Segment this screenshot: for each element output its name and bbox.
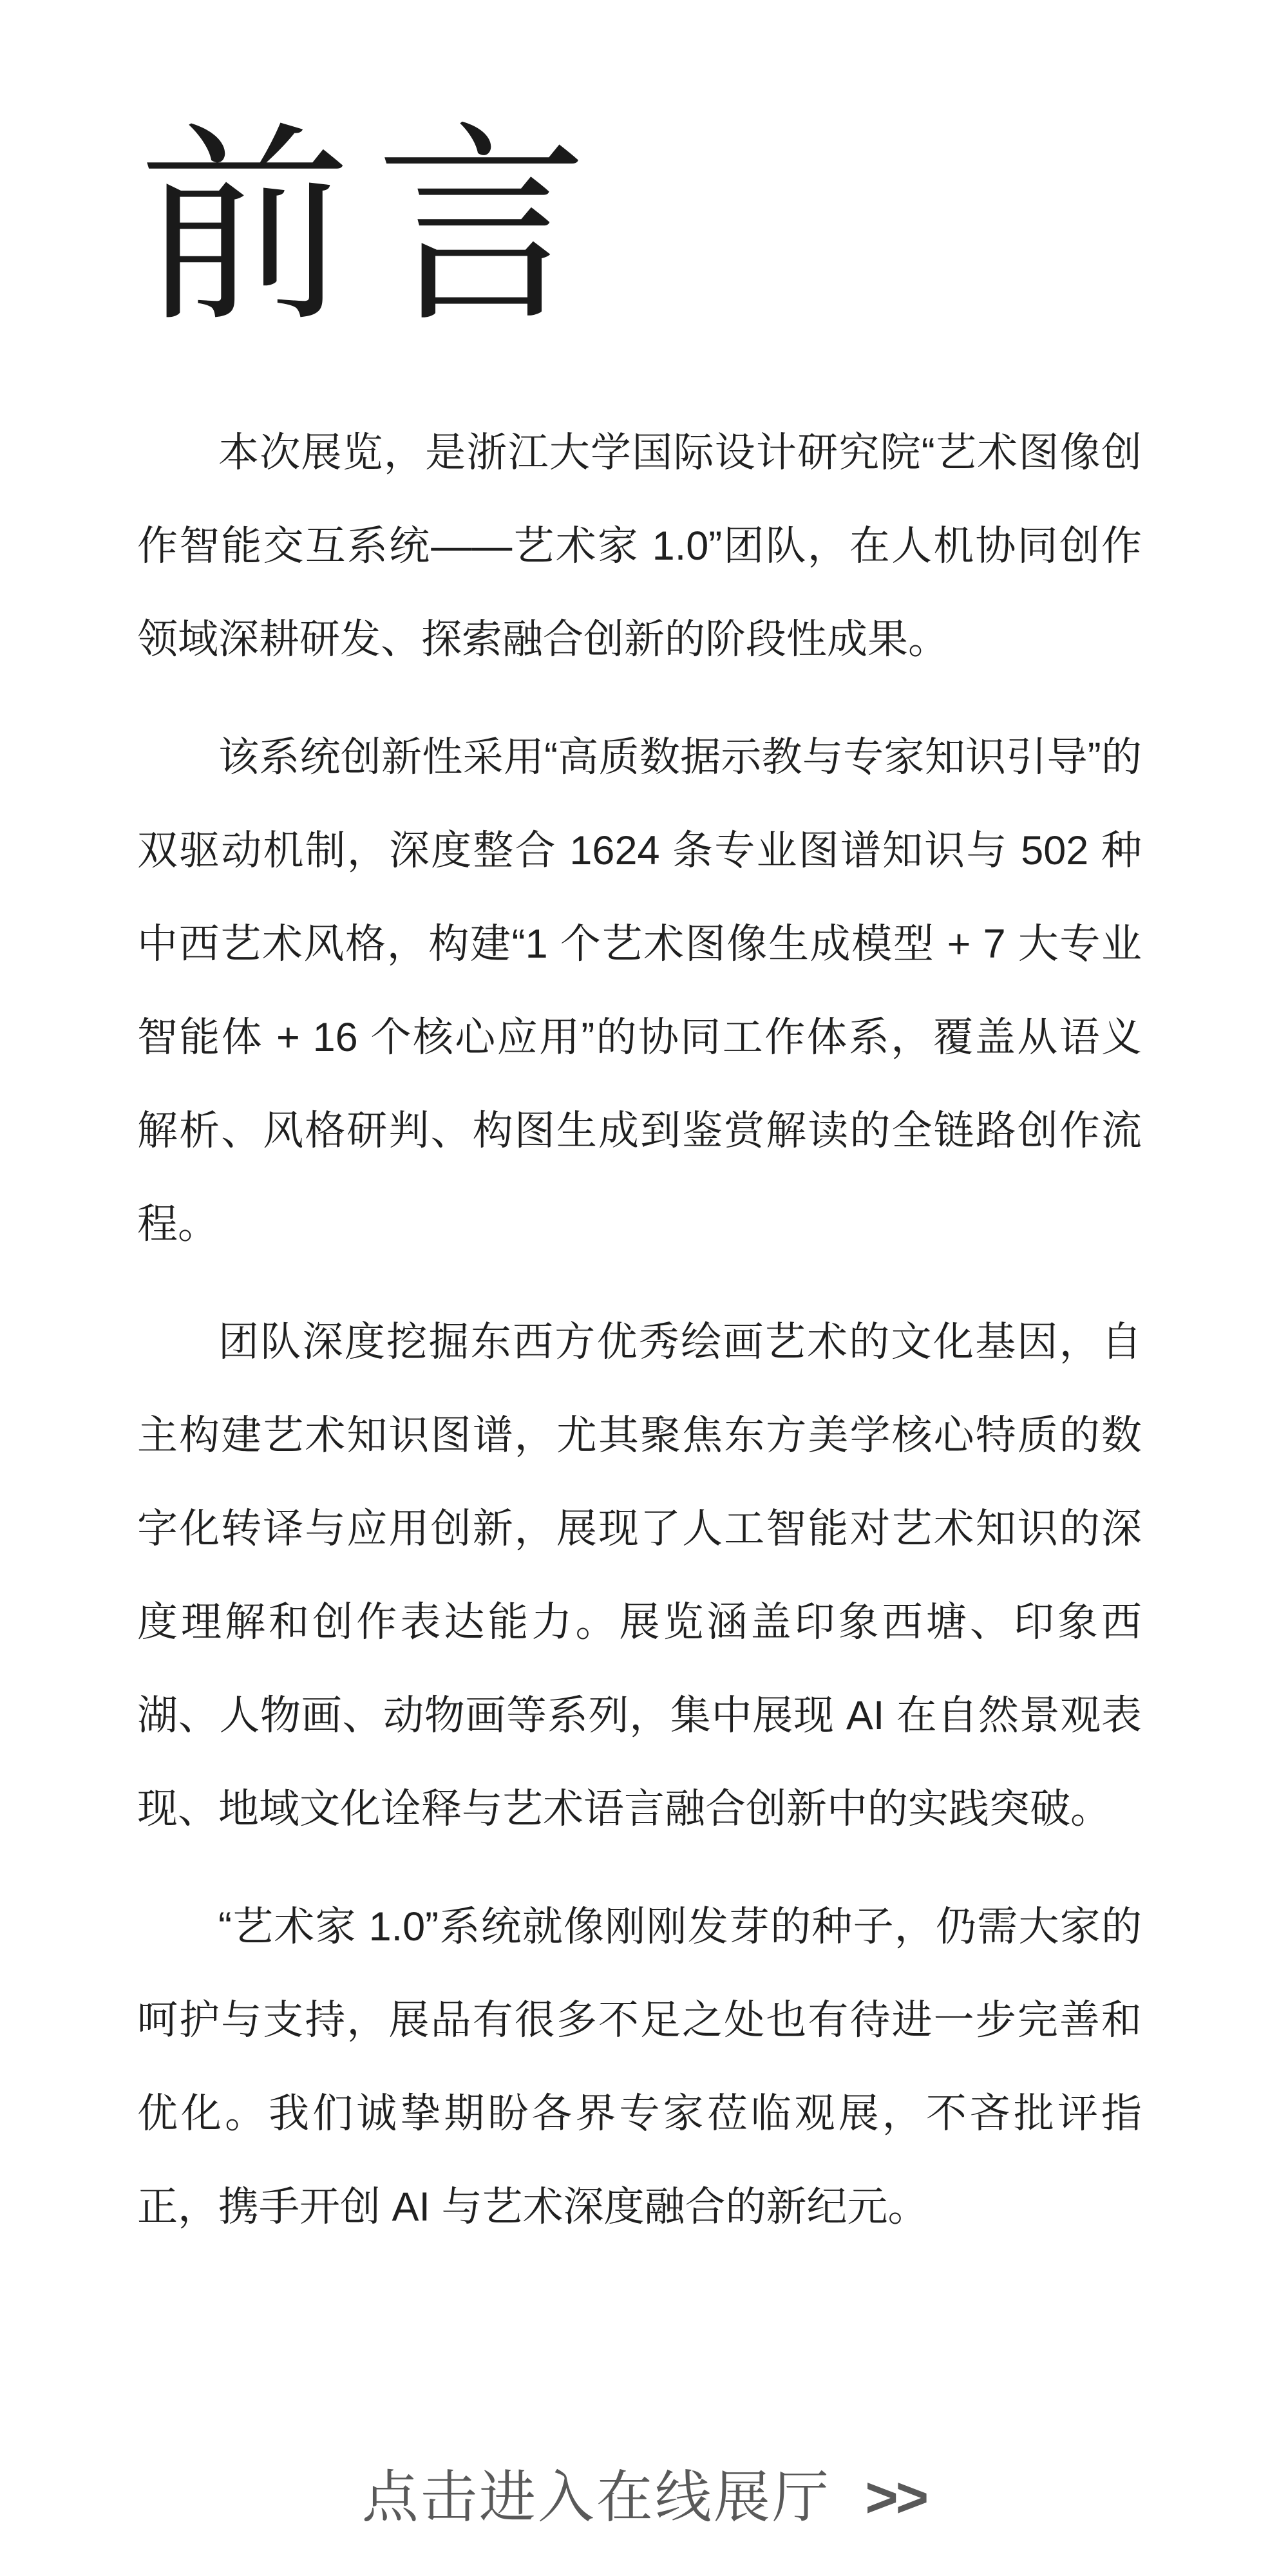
preface-paragraph-3: 团队深度挖掘东西方优秀绘画艺术的文化基因，自主构建艺术知识图谱，尤其聚焦东方美学… xyxy=(137,1296,1142,1856)
enter-online-gallery-link[interactable]: 点击进入在线展厅 >> xyxy=(362,2467,926,2529)
double-chevron-right-icon: >> xyxy=(865,2467,926,2529)
preface-page: 前言 本次展览，是浙江大学国际设计研究院“艺术图像创作智能交互系统——艺术家 1… xyxy=(0,0,1288,2576)
enter-online-gallery-label: 点击进入在线展厅 xyxy=(362,2465,831,2529)
preface-body: 本次展览，是浙江大学国际设计研究院“艺术图像创作智能交互系统——艺术家 1.0”… xyxy=(137,406,1142,2254)
preface-paragraph-2: 该系统创新性采用“高质数据示教与专家知识引导”的双驱动机制，深度整合 1624 … xyxy=(137,711,1142,1271)
preface-paragraph-1: 本次展览，是浙江大学国际设计研究院“艺术图像创作智能交互系统——艺术家 1.0”… xyxy=(137,406,1142,687)
preface-paragraph-4: “艺术家 1.0”系统就像刚刚发芽的种子，仍需大家的呵护与支持，展品有很多不足之… xyxy=(137,1880,1142,2254)
page-title: 前言 xyxy=(138,121,1288,334)
footer: 点击进入在线展厅 >> xyxy=(0,2467,1288,2529)
